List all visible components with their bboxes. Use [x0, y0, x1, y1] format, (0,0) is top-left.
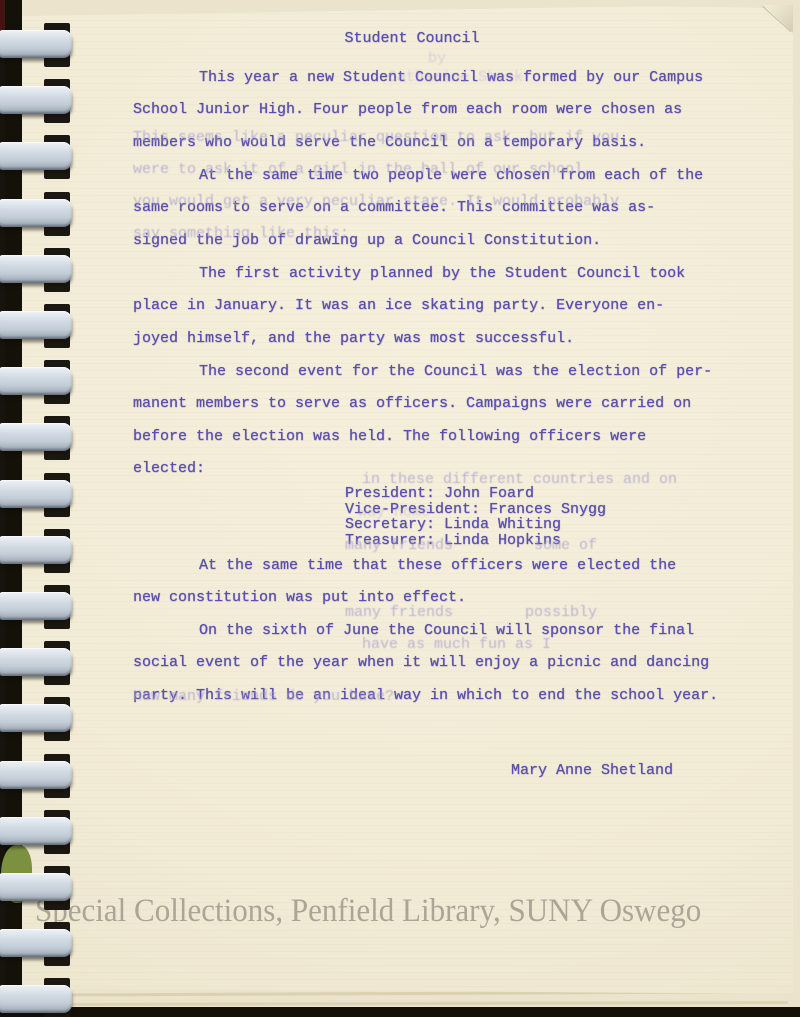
binding-tooth [0, 704, 72, 732]
binding-tooth [0, 367, 72, 395]
binding-tooth [0, 30, 72, 58]
binding-tooth [0, 311, 72, 339]
binding-tooth [0, 536, 72, 564]
binding-tooth [0, 761, 72, 789]
binding-tooth [0, 929, 72, 957]
binding-tooth [0, 592, 72, 620]
binding-tooth [0, 985, 72, 1013]
binding-tooth [0, 86, 72, 114]
binding-tooth [0, 873, 72, 901]
comb-binding [0, 0, 800, 1017]
binding-tooth [0, 255, 72, 283]
binding-tooth [0, 817, 72, 845]
binding-tooth [0, 423, 72, 451]
binding-tooth [0, 480, 72, 508]
binding-tooth [0, 648, 72, 676]
binding-tooth [0, 142, 72, 170]
binding-tooth [0, 199, 72, 227]
